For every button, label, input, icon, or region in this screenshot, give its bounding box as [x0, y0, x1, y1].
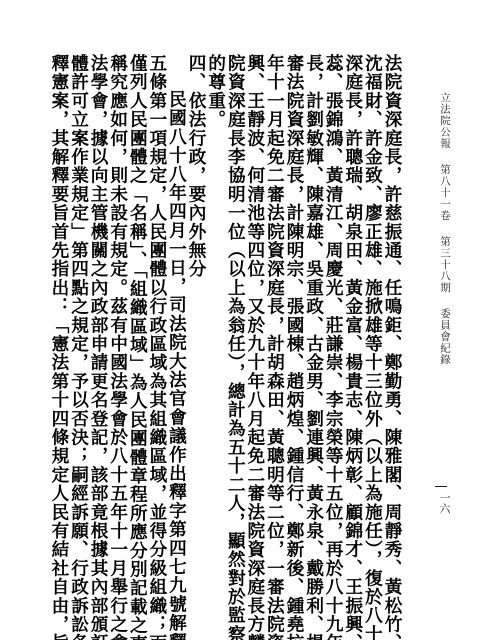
- text-column: 法院資深庭長，許慈振通、任鳴鉅、鄭勤勇、陳雅閣、周靜秀、黃松竹、張柏山、黃淑玲、…: [382, 54, 402, 614]
- text-column: 釋憲案，其解釋要旨首先指出：「憲法第十四條規定人民有結社自由，旨在保障人民為特定…: [49, 54, 69, 614]
- text-column: 民國八十八年四月一日，司法院大法官會議作出釋字第四七九號解釋，大意謂：人民團體法…: [167, 54, 187, 614]
- text-column: 蕊、張錦鴻、黃清江、周慶光、莊謙崇、李宗榮等十五位，再於八十九年二月起免二審法院…: [324, 54, 344, 614]
- section-label: 委員會紀錄: [438, 308, 453, 366]
- text-column: 僅列人民團體之「名稱」、「組織區域」為人民團體章程所應分別記載之事項，至於人民團…: [128, 54, 148, 614]
- text-column: 深庭長，許聰瑞、胡泉田、黃金富、楊貴志、陳炳彰、顧錦才、王振興、王淇梓、陳登源、…: [343, 54, 363, 614]
- page-number: 一六: [436, 492, 452, 514]
- text-column: 長，計劉敏輝、陳嘉雄、吳重政、古金男、劉連興、黃永泉、戴勝利、楊省三、陳嘉雄等九…: [304, 54, 324, 614]
- text-column: 年十一月起免二審法院資深庭長，計胡森田、黃聰明等二位，一審法院資深庭長，計陳添喜…: [265, 54, 285, 614]
- text-column: 審法院資深庭長，計陳明宗、張國棟、趙炳煌、鍾信行、鄭新後、鍾堯抗、陳忠榮等七位，…: [284, 54, 304, 614]
- document-page: 立法院公報 第八十一卷 第三十八期 委員會紀錄 一六 法院資深庭長，許慈振通、任…: [0, 0, 484, 640]
- publication-title: 立法院公報: [438, 92, 453, 150]
- volume-label: 第八十一卷: [438, 164, 453, 222]
- text-column: 沈福財、許金致、廖正雄、施掀雄等十三位外（以上為施任），復於八十八年四月起免二審…: [363, 54, 383, 614]
- text-column: 院資深庭長李協明一位（以上為翁任），總計為五十二人，顯然對於監察權之行使未予適度…: [226, 54, 246, 614]
- section-heading: 四、依法行政，要內外無分: [186, 54, 206, 614]
- text-column: 五條第一項規定，人民團體以行政區域為其組織區域，並得分級組織；而第十二條第一款、…: [147, 54, 167, 614]
- text-column: 法學會，據以向主管機關之內政部申請更名登記，該部竟根據其內部頒訂之行政命令，即「…: [89, 54, 109, 614]
- text-column: 的尊重。: [206, 54, 226, 614]
- body-text: 法院資深庭長，許慈振通、任鳴鉅、鄭勤勇、陳雅閣、周靜秀、黃松竹、張柏山、黃淑玲、…: [50, 54, 402, 614]
- text-column: 體許可立案作業規定」第四點之規定，予以否決；嗣經訴願、行政訴訟各程序皆行敗北，而…: [69, 54, 89, 614]
- text-column: 稱究應如何，則未設有規定。茲有中國法學會於八十五年十一月舉行之會員大會中決議更名…: [108, 54, 128, 614]
- text-column: 興、王靜波、何清池等四位，又於九十年八月起免二審法院資深庭長方麟駐一位，九月起免…: [245, 54, 265, 614]
- running-header: 立法院公報 第八十一卷 第三十八期 委員會紀錄: [438, 92, 453, 375]
- issue-label: 第三十八期: [438, 236, 453, 294]
